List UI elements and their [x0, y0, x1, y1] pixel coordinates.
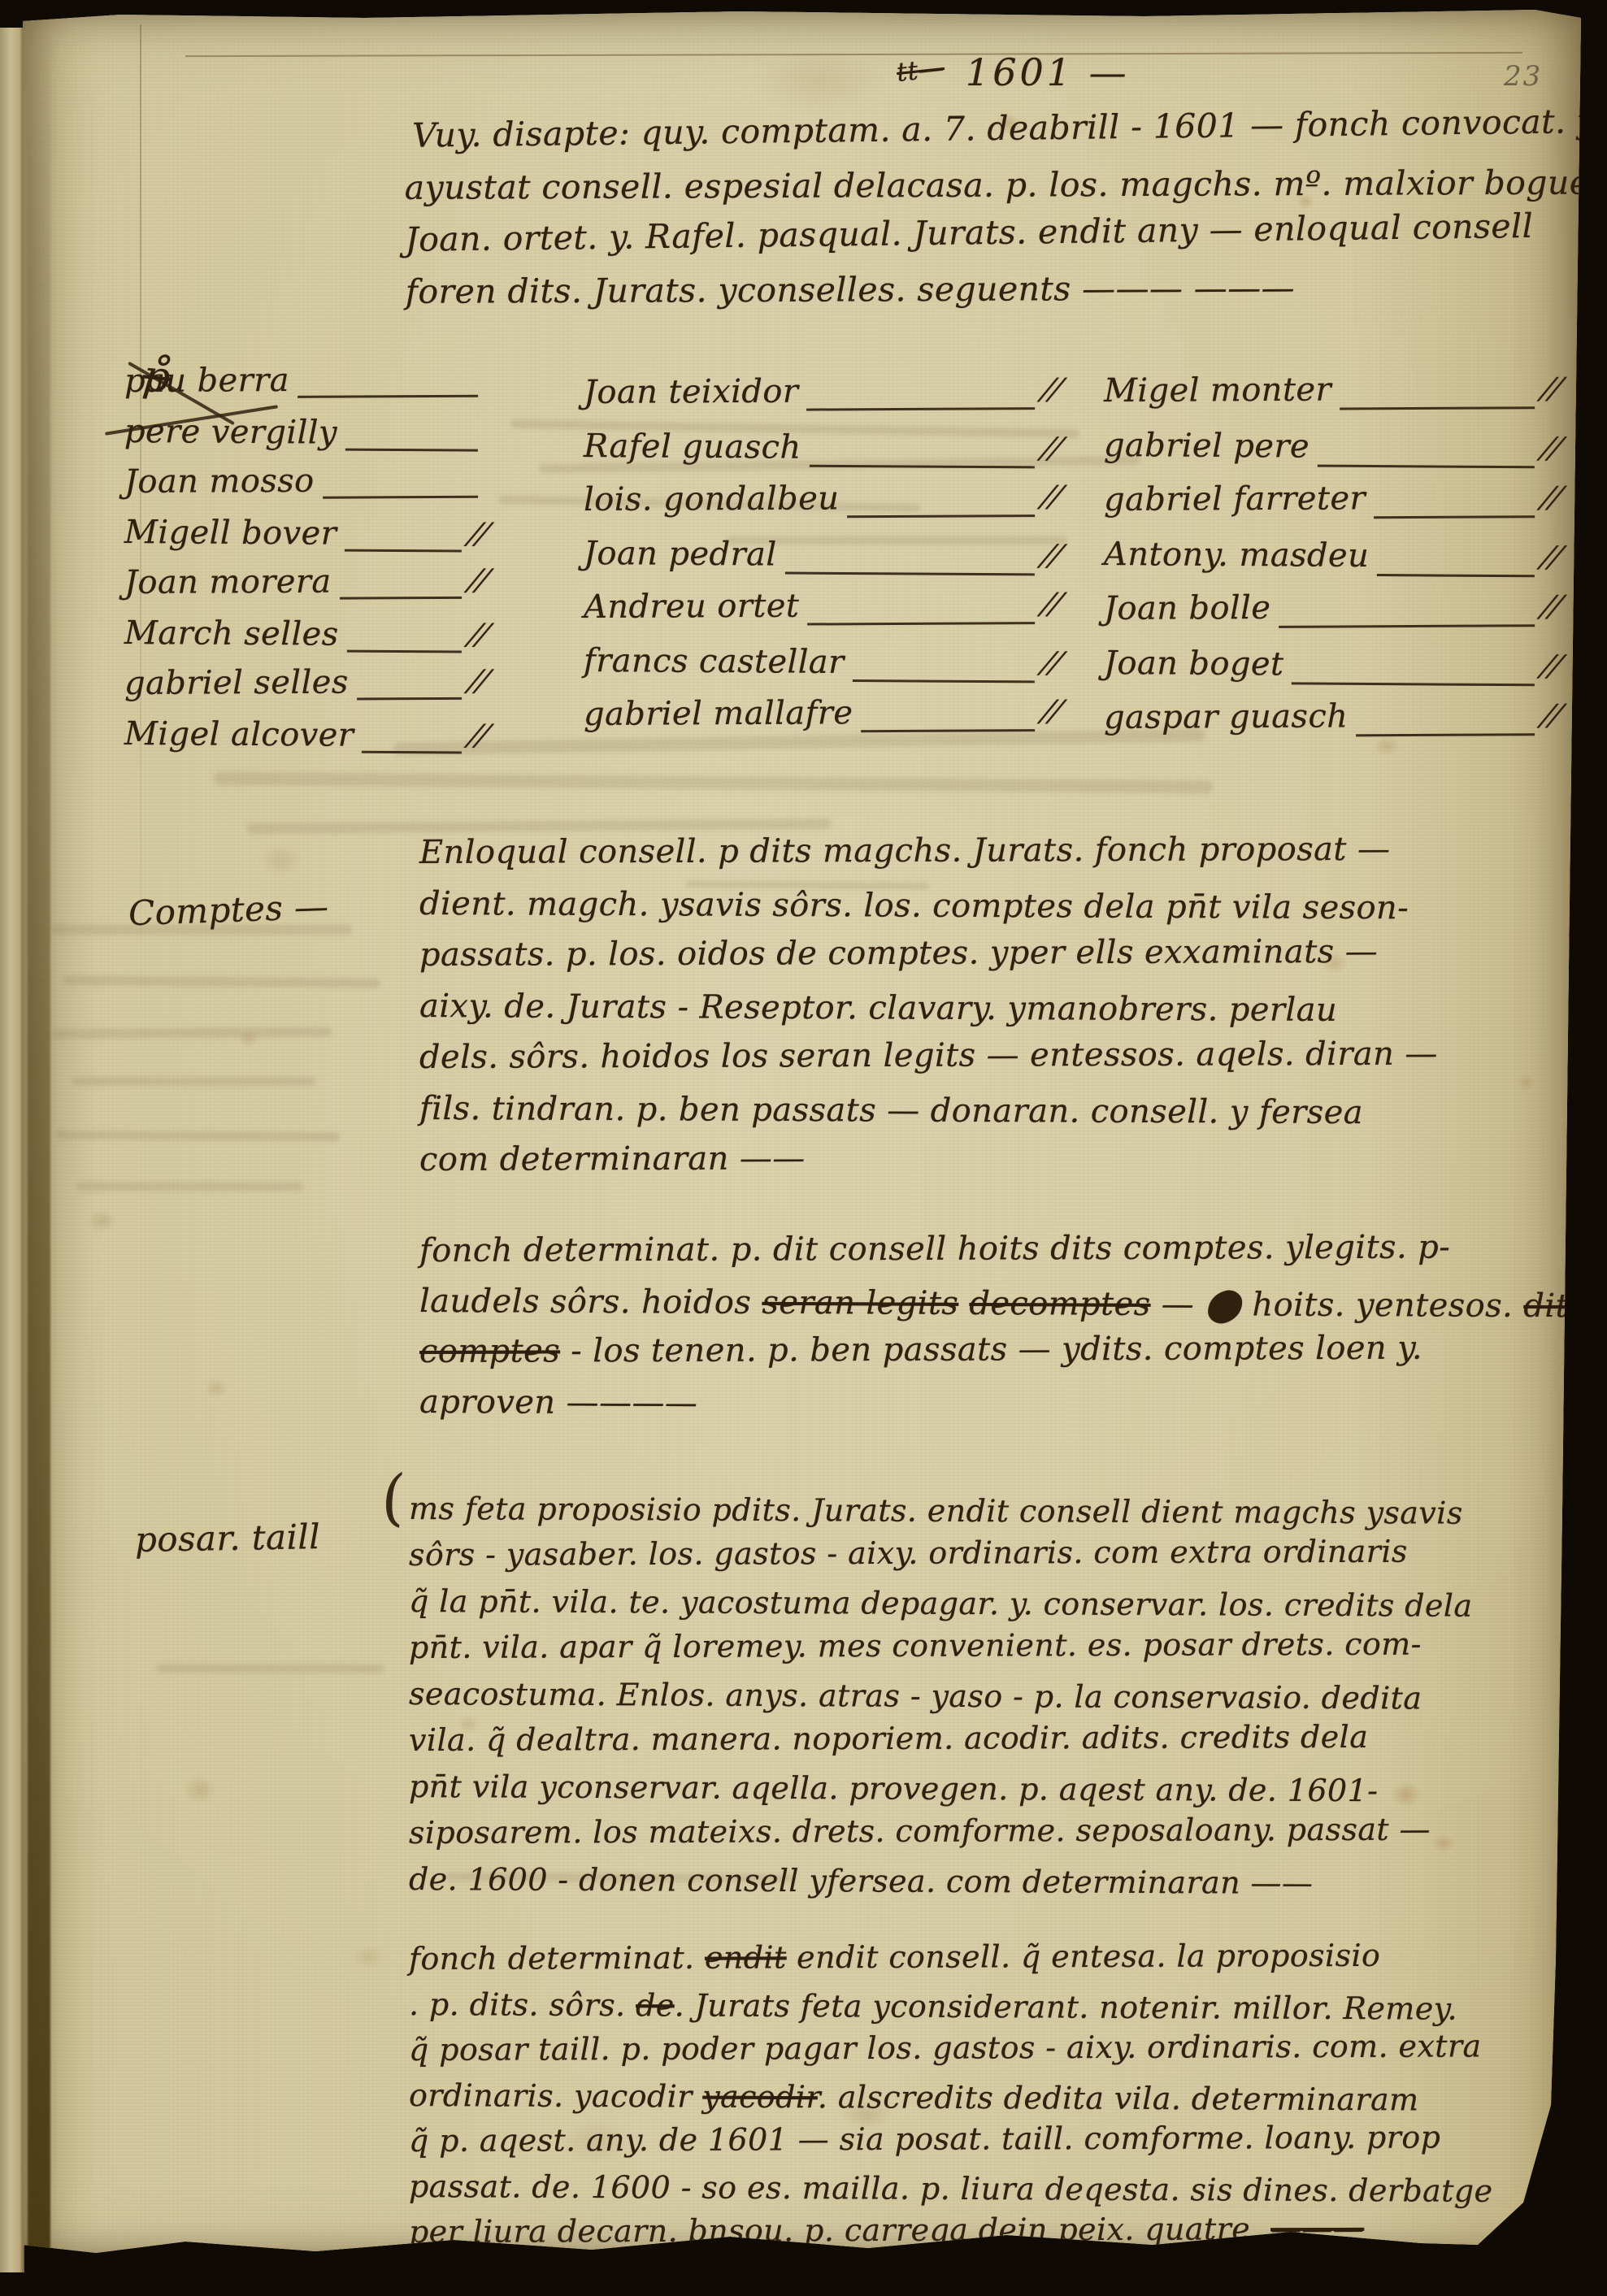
tally-dash [1279, 624, 1535, 628]
year-label: 1601 — [966, 50, 1130, 94]
attendee-name: pere vergilly [124, 406, 486, 459]
manuscript-scan: tt—1601 — 23 Vuy. disapte: quy. comptam.… [0, 0, 1607, 2296]
double-slash-mark: // [1534, 530, 1568, 584]
double-slash-mark: // [1034, 530, 1068, 584]
tally-dash [1292, 682, 1534, 686]
tally-dash [357, 697, 462, 701]
tally-dash [345, 549, 462, 553]
text-line: vila. q̃ dealtra. manera. noporiem. acod… [409, 1713, 1473, 1764]
tally-dash [806, 407, 1034, 410]
bleedthrough-mark [76, 1183, 303, 1191]
text-line: q̃ posar taill. p. poder pagar los. gast… [409, 2023, 1493, 2072]
text-line: de. 1600 - donen consell yfersea. com de… [409, 1856, 1473, 1908]
bleedthrough-mark [214, 772, 1214, 794]
attendee-name: gabriel selles// [124, 657, 486, 709]
attendee-name: Joan boget// [1104, 636, 1559, 693]
double-slash-mark: // [1534, 688, 1568, 743]
text-line: dels. sôrs. hoidos los seran legits — en… [419, 1029, 1438, 1083]
text-line: dient. magch. ysavis sôrs. los. comptes … [419, 879, 1438, 934]
top-crease-line [185, 52, 1522, 57]
attendee-name: Migell bover// [124, 507, 486, 560]
text-line: foren dits. Jurats. yconselles. seguents… [406, 260, 1607, 318]
attendee-name: gaspar guasch// [1104, 688, 1559, 745]
attendee-name-label: Joan boget [1104, 636, 1284, 692]
text-line: fils. tindran. p. ben passats — donaran.… [419, 1083, 1438, 1139]
attendee-name: gabriel pere// [1104, 419, 1559, 475]
attendee-name-label: Migel monter [1104, 363, 1331, 419]
double-slash-mark: // [1034, 578, 1067, 632]
text-line: fonch determinat. p. dit consell hoits d… [419, 1222, 1607, 1276]
attendee-name-label: Joan pedral [584, 527, 777, 581]
text-line: comptes - los tenen. p. ben passats — yd… [419, 1322, 1607, 1377]
double-slash-mark: // [462, 556, 494, 606]
double-slash-mark: // [1534, 362, 1568, 416]
text-line: passats. p. los. oidos de comptes. yper … [419, 927, 1438, 981]
year-heading: tt—1601 — [897, 50, 1130, 94]
tally-dash [1340, 406, 1535, 410]
attendee-name: pau berra [124, 354, 486, 406]
paragraph-posar-taill: ( ms feta proposisio pdits. Jurats. endi… [409, 1486, 1472, 1903]
attendee-name: Antony. masdeu// [1104, 527, 1559, 584]
double-slash-mark: // [1034, 363, 1067, 417]
attendee-name-label: francs castellar [584, 634, 845, 689]
bleedthrough-mark [51, 1026, 332, 1039]
attendee-name: lois. gondalbeu// [584, 471, 1059, 527]
double-slash-mark: // [461, 610, 494, 661]
tally-dash [345, 449, 478, 452]
attendee-name: francs castellar// [584, 634, 1059, 691]
attendee-name-label: Migell bover [124, 507, 337, 559]
text-line: aixy. de. Jurats - Reseptor. clavary. ym… [419, 981, 1438, 1036]
attendee-name: Joan bolle// [1104, 579, 1559, 636]
double-slash-mark: // [1534, 579, 1568, 634]
attendee-name: Joan mosso [124, 455, 486, 507]
double-slash-mark: // [461, 711, 494, 762]
gutter-shadow [28, 8, 50, 2269]
attendee-name: gabriel mallafre// [584, 685, 1059, 741]
text-line: q̃ p. aqest. any. de 1601 — sia posat. t… [409, 2114, 1493, 2164]
corner-ink-mark: ʄ· [1524, 2177, 1559, 2226]
double-slash-mark: // [1534, 639, 1568, 693]
double-slash-mark: // [1034, 637, 1068, 691]
paragraph-comptes: Enloqual consell. p dits magchs. Jurats.… [419, 827, 1438, 1186]
double-slash-mark: // [1034, 471, 1067, 524]
attendee-name-label: March selles [124, 608, 339, 660]
attendee-name-label: Joan bolle [1104, 581, 1271, 636]
attendee-name-label: Andreu ortet [584, 579, 800, 634]
double-slash-mark: // [1534, 471, 1568, 525]
tally-dash [346, 650, 461, 653]
bleedthrough-mark [72, 1077, 315, 1086]
attendee-name: March selles// [124, 608, 486, 661]
bleedthrough-mark [55, 1131, 340, 1141]
paragraph-determinat-taill: fonch determinat. endit endit consell. q… [409, 1936, 1492, 2255]
attendee-name-label: gaspar guasch [1104, 689, 1349, 745]
tally-dash [1374, 515, 1535, 519]
attendee-name: gabriel farreter// [1104, 471, 1559, 527]
text-line: aproven ———— [419, 1377, 1607, 1432]
attendee-column-3: Migel monter//gabriel pere//gabriel farr… [1104, 364, 1559, 745]
tally-dash [784, 572, 1034, 576]
text-line: siposarem. los mateixs. drets. comforme.… [409, 1806, 1473, 1856]
attendee-name-label: Joan mosso [124, 456, 315, 507]
tally-dash [298, 395, 478, 398]
tally-dash [323, 496, 478, 499]
double-slash-mark: // [1034, 685, 1067, 739]
bleedthrough-mark [157, 1664, 384, 1673]
attendee-name: Andreu ortet// [584, 578, 1059, 634]
attendee-name: Joan morera// [124, 556, 486, 608]
attendee-name-label: Migel alcover [124, 709, 354, 761]
bleedthrough-mark [63, 975, 380, 987]
attendee-name-label: Rafel guasch [584, 419, 801, 475]
page-number: 23 [1504, 60, 1542, 93]
adjacent-page-edge [0, 28, 24, 2272]
double-slash-mark: // [1534, 421, 1568, 475]
tally-mark: tt— [895, 52, 946, 88]
tally-dash [847, 514, 1034, 518]
tally-dash [1318, 465, 1535, 469]
attendee-column-2: Joan teixidor//Rafel guasch//lois. gonda… [584, 366, 1059, 741]
manuscript-page: tt—1601 — 23 Vuy. disapte: quy. comptam.… [23, 8, 1583, 2269]
attendee-name-label: pau berra [124, 355, 289, 406]
tally-dash [1356, 733, 1534, 736]
tally-dash [340, 597, 462, 600]
tally-dash [362, 751, 461, 754]
margin-note-comptes: Comptes — [128, 887, 329, 934]
tally-dash [809, 465, 1034, 469]
attendee-name-label: Antony. masdeu [1104, 527, 1370, 584]
text-line: Enloqual consell. p dits magchs. Jurats.… [419, 824, 1438, 879]
double-slash-mark: // [1034, 423, 1068, 476]
text-line: pn̄t. vila. apar q̃ loremey. mes conveni… [409, 1621, 1473, 1671]
text-line: fonch determinat. endit endit consell. q… [409, 1932, 1493, 1981]
attendee-name: Rafel guasch// [584, 419, 1059, 476]
attendee-name-label: pere vergilly [124, 406, 337, 458]
paragraph-determinat-comptes: fonch determinat. p. dit consell hoits d… [419, 1226, 1607, 1427]
text-line: sôrs - yasaber. los. gastos - aixy. ordi… [409, 1528, 1473, 1578]
attendee-name-label: gabriel selles [124, 658, 349, 709]
attendee-name-label: gabriel farreter [1104, 471, 1366, 527]
double-slash-mark: // [461, 510, 494, 560]
text-line: Vuy. disapte: quy. comptam. a. 7. deabri… [412, 94, 1607, 162]
attendee-name-label: gabriel mallafre [584, 686, 853, 741]
text-line: com determinaran —— [419, 1131, 1438, 1186]
attendee-name-label: Joan teixidor [584, 365, 799, 419]
attendee-name-label: lois. gondalbeu [584, 471, 840, 527]
opening-paragraph: Vuy. disapte: quy. comptam. a. 7. deabri… [404, 98, 1607, 318]
attendee-name-label: gabriel pere [1104, 419, 1309, 475]
attendee-name: Migel monter// [1104, 362, 1559, 419]
attendee-column-1: pau berrapere vergillyJoan mossoMigell b… [124, 356, 486, 759]
tally-dash [853, 679, 1035, 683]
tally-dash [1377, 574, 1535, 577]
margin-note-posar-taill: posar. taill [135, 1517, 321, 1560]
text-line: per liura decarn. bnsou. p. carrega dein… [409, 2205, 1493, 2255]
pen-flourish: ( [378, 1474, 408, 1524]
attendee-name: Joan pedral// [584, 527, 1059, 584]
attendee-name-label: Joan morera [124, 557, 332, 608]
attendee-name: Migel alcover// [124, 709, 486, 762]
attendee-name: Joan teixidor// [584, 363, 1059, 419]
tally-dash [807, 622, 1034, 625]
double-slash-mark: // [462, 657, 494, 707]
tally-dash [861, 729, 1034, 732]
